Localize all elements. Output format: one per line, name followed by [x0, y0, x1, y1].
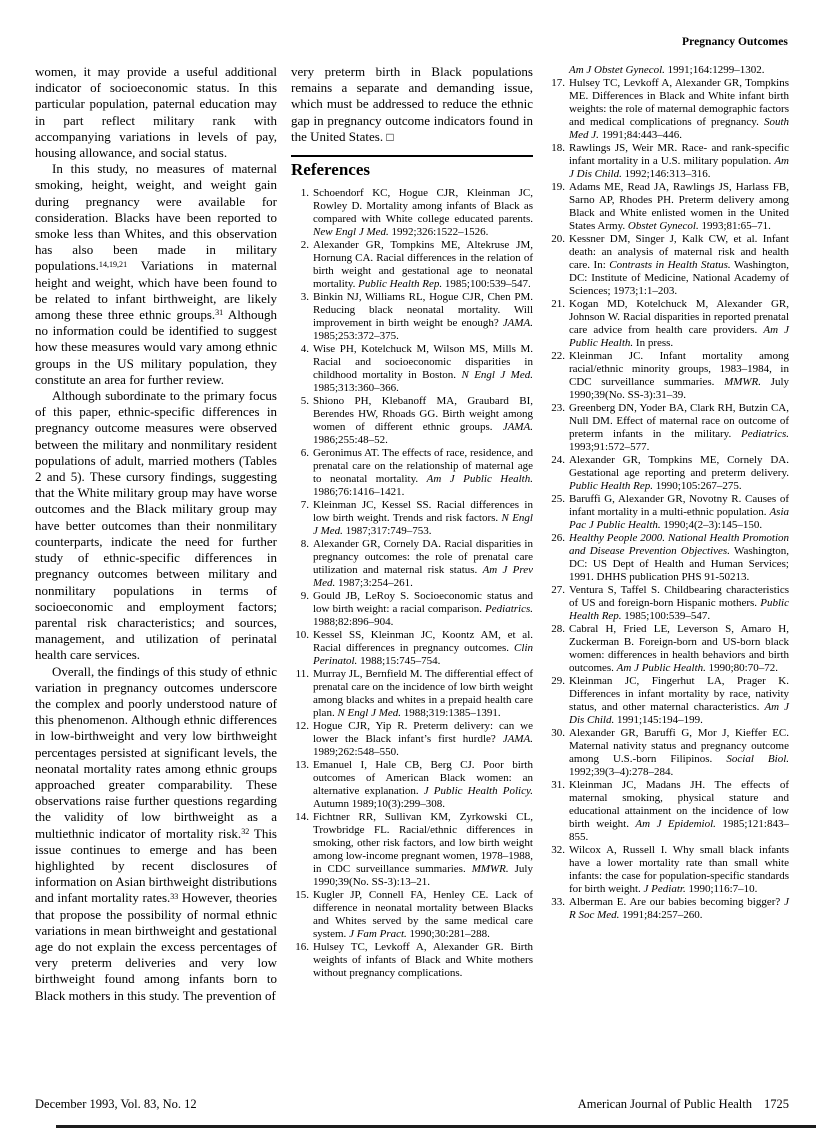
page-footer: December 1993, Vol. 83, No. 12 American … — [35, 1097, 789, 1112]
reference-text: Kleinman JC, Fingerhut LA, Prager K. Dif… — [569, 675, 789, 727]
text-run: 1993;91:572–577. — [569, 441, 649, 453]
reference-item: 10.Kessel SS, Kleinman JC, Koontz AM, et… — [291, 629, 533, 668]
text-run: Kessel SS, Kleinman JC, Koontz AM, et al… — [313, 629, 533, 654]
reference-item: 24.Alexander GR, Tompkins ME, Cornely DA… — [547, 454, 789, 493]
reference-number: 23. — [547, 402, 569, 454]
reference-item: Am J Obstet Gynecol. 1991;164:1299–1302. — [547, 64, 789, 77]
text-run: 1989;262:548–550. — [313, 746, 399, 758]
body-paragraph: In this study, no measures of maternal s… — [35, 161, 277, 388]
journal-name-italic: Pediatrics. — [485, 603, 533, 615]
text-run: 1993;81:65–71. — [699, 220, 771, 232]
reference-item: 22.Kleinman JC. Infant mortality among r… — [547, 350, 789, 402]
text-run: 1992;146:313–316. — [622, 168, 711, 180]
reference-item: 11.Murray JL, Bernfield M. The different… — [291, 668, 533, 720]
footer-page-number: 1725 — [764, 1097, 789, 1111]
text-run: 1985;100:539–547. — [442, 278, 531, 290]
text-run: 1985;313:360–366. — [313, 382, 399, 394]
reference-number: 13. — [291, 759, 313, 811]
text-run: Binkin NJ, Williams RL, Hogue CJR, Chen … — [313, 291, 533, 329]
reference-number: 4. — [291, 343, 313, 395]
text-run: Alberman E. Are our babies becoming bigg… — [569, 896, 784, 908]
reference-text: Alexander GR, Tompkins ME, Altekruse JM,… — [313, 239, 533, 291]
reference-number: 9. — [291, 590, 313, 629]
text-run: Overall, the findings of this study of e… — [35, 664, 277, 841]
reference-item: 33.Alberman E. Are our babies becoming b… — [547, 896, 789, 922]
reference-item: 21.Kogan MD, Kotelchuck M, Alexander GR,… — [547, 298, 789, 350]
reference-number: 2. — [291, 239, 313, 291]
text-run: 1992;39(3–4):278–284. — [569, 766, 673, 778]
journal-name-italic: JAMA. — [503, 421, 533, 433]
reference-text: Kessel SS, Kleinman JC, Koontz AM, et al… — [313, 629, 533, 668]
text-run: 1991;145:194–199. — [614, 714, 703, 726]
journal-name-italic: Am J Public Health. — [427, 473, 533, 485]
reference-item: 20.Kessner DM, Singer J, Kalk CW, et al.… — [547, 233, 789, 298]
reference-item: 6.Geronimus AT. The effects of race, res… — [291, 447, 533, 499]
reference-item: 28.Cabral H, Fried LE, Leverson S, Amaro… — [547, 623, 789, 675]
text-run: 1988;319:1385–1391. — [401, 707, 501, 719]
text-run: 1990;30:281–288. — [407, 928, 490, 940]
reference-text: Kleinman JC, Madans JH. The effects of m… — [569, 779, 789, 844]
journal-name-italic: Am J Public Health. — [617, 662, 706, 674]
reference-text: Hogue CJR, Yip R. Preterm delivery: can … — [313, 720, 533, 759]
reference-text: Schoendorf KC, Hogue CJR, Kleinman JC, R… — [313, 187, 533, 239]
reference-number: 10. — [291, 629, 313, 668]
reference-item: 32.Wilcox A, Russell I. Why small black … — [547, 844, 789, 896]
reference-item: 25.Baruffi G, Alexander GR, Novotny R. C… — [547, 493, 789, 532]
reference-number: 11. — [291, 668, 313, 720]
body-paragraph: very preterm birth in Black populations … — [291, 64, 533, 145]
text-run: Shiono PH, Klebanoff MA, Graubard BI, Be… — [313, 395, 533, 433]
body-paragraph: Although subordinate to the primary focu… — [35, 388, 277, 663]
reference-text: Baruffi G, Alexander GR, Novotny R. Caus… — [569, 493, 789, 532]
journal-name-italic: Social Biol. — [726, 753, 789, 765]
reference-number: 6. — [291, 447, 313, 499]
reference-text: Ventura S, Taffel S. Childbearing charac… — [569, 584, 789, 623]
text-run: Kleinman JC, Kessel SS. Racial differenc… — [313, 499, 533, 524]
citation-superscript: 31 — [215, 308, 223, 317]
text-run: 1990;80:70–72. — [706, 662, 778, 674]
reference-text: Emanuel I, Hale CB, Berg CJ. Poor birth … — [313, 759, 533, 811]
text-run: Alexander GR, Tompkins ME, Cornely DA. G… — [569, 454, 789, 479]
reference-text: Wise PH, Kotelchuck M, Wilson MS, Mills … — [313, 343, 533, 395]
text-run: 1991;84:443–446. — [599, 129, 682, 141]
reference-number: 7. — [291, 499, 313, 538]
reference-text: Shiono PH, Klebanoff MA, Graubard BI, Be… — [313, 395, 533, 447]
text-run: Hulsey TC, Levkoff A, Alexander GR, Tomp… — [569, 77, 789, 128]
column-1: women, it may provide a useful additiona… — [35, 64, 277, 1004]
reference-item: 17.Hulsey TC, Levkoff A, Alexander GR, T… — [547, 77, 789, 142]
reference-number: 33. — [547, 896, 569, 922]
reference-text: Kleinman JC, Kessel SS. Racial differenc… — [313, 499, 533, 538]
reference-text: Cabral H, Fried LE, Leverson S, Amaro H,… — [569, 623, 789, 675]
reference-text: Alberman E. Are our babies becoming bigg… — [569, 896, 789, 922]
text-run: Ventura S, Taffel S. Childbearing charac… — [569, 584, 789, 609]
journal-page: Pregnancy Outcomes women, it may provide… — [0, 0, 816, 1134]
text-run: 1991;84:257–260. — [619, 909, 702, 921]
journal-name-italic: J Fam Pract. — [349, 928, 407, 940]
references-divider — [291, 155, 533, 157]
reference-number: 22. — [547, 350, 569, 402]
reference-number: 24. — [547, 454, 569, 493]
reference-item: 13.Emanuel I, Hale CB, Berg CJ. Poor bir… — [291, 759, 533, 811]
reference-number: 14. — [291, 811, 313, 889]
references-heading: References — [291, 160, 533, 180]
reference-text: Rawlings JS, Weir MR. Race- and rank-spe… — [569, 142, 789, 181]
reference-item: 3.Binkin NJ, Williams RL, Hogue CJR, Che… — [291, 291, 533, 343]
journal-name-italic: N Engl J Med. — [461, 369, 533, 381]
reference-text: Kleinman JC. Infant mortality among raci… — [569, 350, 789, 402]
reference-number: 32. — [547, 844, 569, 896]
journal-name-italic: J Pediatr. — [644, 883, 686, 895]
reference-item: 23.Greenberg DN, Yoder BA, Clark RH, But… — [547, 402, 789, 454]
reference-item: 4.Wise PH, Kotelchuck M, Wilson MS, Mill… — [291, 343, 533, 395]
text-run: Baruffi G, Alexander GR, Novotny R. Caus… — [569, 493, 789, 518]
journal-name-italic: Pediatrics. — [741, 428, 789, 440]
journal-name-italic: Obstet Gynecol. — [628, 220, 699, 232]
text-run: 1990;116:7–10. — [686, 883, 758, 895]
reference-number: 25. — [547, 493, 569, 532]
journal-name-italic: JAMA. — [503, 317, 533, 329]
text-run: women, it may provide a useful additiona… — [35, 64, 277, 160]
journal-name-italic: J Public Health Policy. — [424, 785, 533, 797]
reference-text: Kessner DM, Singer J, Kalk CW, et al. In… — [569, 233, 789, 298]
content-columns: women, it may provide a useful additiona… — [35, 64, 789, 1004]
reference-item: 7.Kleinman JC, Kessel SS. Racial differe… — [291, 499, 533, 538]
running-head-title: Pregnancy Outcomes — [682, 36, 788, 48]
reference-item: 12.Hogue CJR, Yip R. Preterm delivery: c… — [291, 720, 533, 759]
text-run: 1987;317:749–753. — [343, 525, 432, 537]
reference-number: 21. — [547, 298, 569, 350]
text-run: 1985;253:372–375. — [313, 330, 399, 342]
journal-name-italic: JAMA. — [503, 733, 533, 745]
body-paragraph: Overall, the findings of this study of e… — [35, 664, 277, 1004]
reference-item: 15.Kugler JP, Connell FA, Henley CE. Lac… — [291, 889, 533, 941]
journal-name-italic: New Engl J Med. — [313, 226, 389, 238]
text-run: Autumn 1989;10(3):299–308. — [313, 798, 445, 810]
reference-item: 9.Gould JB, LeRoy S. Socioeconomic statu… — [291, 590, 533, 629]
reference-item: 18.Rawlings JS, Weir MR. Race- and rank-… — [547, 142, 789, 181]
text-run: 1988;15:745–754. — [357, 655, 440, 667]
reference-number: 30. — [547, 727, 569, 779]
reference-text: Greenberg DN, Yoder BA, Clark RH, Butzin… — [569, 402, 789, 454]
reference-number: 20. — [547, 233, 569, 298]
reference-text: Hulsey TC, Levkoff A, Alexander GR, Tomp… — [569, 77, 789, 142]
text-run: 1986;76:1416–1421. — [313, 486, 404, 498]
text-run: Schoendorf KC, Hogue CJR, Kleinman JC, R… — [313, 187, 533, 225]
reference-item: 31.Kleinman JC, Madans JH. The effects o… — [547, 779, 789, 844]
reference-item: 19.Adams ME, Read JA, Rawlings JS, Harla… — [547, 181, 789, 233]
text-run: However, theories that propose the possi… — [35, 890, 277, 1002]
reference-text: Kugler JP, Connell FA, Henley CE. Lack o… — [313, 889, 533, 941]
journal-name-italic: MMWR. — [724, 376, 761, 388]
reference-number: 5. — [291, 395, 313, 447]
column-2-paragraphs: very preterm birth in Black populations … — [291, 64, 533, 145]
journal-name-italic: Public Health Rep. — [358, 278, 442, 290]
text-run: Although subordinate to the primary focu… — [35, 388, 277, 662]
reference-text: Healthy People 2000. National Health Pro… — [569, 532, 789, 584]
reference-number: 16. — [291, 941, 313, 980]
text-run: 1990;4(2–3):145–150. — [661, 519, 762, 531]
reference-item: 29.Kleinman JC, Fingerhut LA, Prager K. … — [547, 675, 789, 727]
journal-name-italic: MMWR. — [472, 863, 509, 875]
footer-issue-info: December 1993, Vol. 83, No. 12 — [35, 1097, 197, 1112]
reference-text: Hulsey TC, Levkoff A, Alexander GR. Birt… — [313, 941, 533, 980]
body-paragraph: women, it may provide a useful additiona… — [35, 64, 277, 161]
footer-journal-name: American Journal of Public Health — [578, 1097, 752, 1111]
reference-item: 1.Schoendorf KC, Hogue CJR, Kleinman JC,… — [291, 187, 533, 239]
journal-name-italic: Public Health Rep. — [569, 480, 653, 492]
reference-number: 8. — [291, 538, 313, 590]
column-2: very preterm birth in Black populations … — [291, 64, 533, 1004]
column-1-paragraphs: women, it may provide a useful additiona… — [35, 64, 277, 1004]
text-run: In press. — [633, 337, 673, 349]
reference-number: 29. — [547, 675, 569, 727]
reference-text: Wilcox A, Russell I. Why small black inf… — [569, 844, 789, 896]
journal-name-italic: N Engl J Med. — [337, 707, 401, 719]
reference-text: Murray JL, Bernfield M. The differential… — [313, 668, 533, 720]
scan-artifact-line — [56, 1125, 816, 1128]
text-run: Hulsey TC, Levkoff A, Alexander GR. Birt… — [313, 941, 533, 979]
citation-superscript: 32 — [241, 827, 249, 836]
text-run: 1986;255:48–52. — [313, 434, 388, 446]
end-of-article-marker: □ — [386, 130, 393, 144]
reference-text: Binkin NJ, Williams RL, Hogue CJR, Chen … — [313, 291, 533, 343]
text-run: 1990;105:267–275. — [653, 480, 742, 492]
reference-item: 30.Alexander GR, Baruffi G, Mor J, Kieff… — [547, 727, 789, 779]
reference-item: 5.Shiono PH, Klebanoff MA, Graubard BI, … — [291, 395, 533, 447]
journal-name-italic: Am J Obstet Gynecol. — [569, 64, 665, 76]
journal-name-italic: Am J Epidemiol. — [635, 818, 715, 830]
text-run: 1992;326:1522–1526. — [389, 226, 489, 238]
reference-number: 15. — [291, 889, 313, 941]
reference-list-col3: Am J Obstet Gynecol. 1991;164:1299–1302.… — [547, 64, 789, 922]
reference-number: 28. — [547, 623, 569, 675]
reference-number: 3. — [291, 291, 313, 343]
text-run: very preterm birth in Black populations … — [291, 64, 533, 144]
reference-item: 14.Fichtner RR, Sullivan KM, Zyrkowski C… — [291, 811, 533, 889]
reference-number: 18. — [547, 142, 569, 181]
reference-text: Alexander GR, Baruffi G, Mor J, Kieffer … — [569, 727, 789, 779]
reference-number: 17. — [547, 77, 569, 142]
text-run: Kogan MD, Kotelchuck M, Alexander GR, Jo… — [569, 298, 789, 336]
reference-item: 26.Healthy People 2000. National Health … — [547, 532, 789, 584]
reference-text: Am J Obstet Gynecol. 1991;164:1299–1302. — [569, 64, 789, 77]
reference-text: Alexander GR, Tompkins ME, Cornely DA. G… — [569, 454, 789, 493]
citation-superscript: 33 — [170, 892, 178, 901]
text-run: 1991;164:1299–1302. — [665, 64, 765, 76]
reference-list-col2: 1.Schoendorf KC, Hogue CJR, Kleinman JC,… — [291, 187, 533, 980]
reference-text: Adams ME, Read JA, Rawlings JS, Harlass … — [569, 181, 789, 233]
reference-text: Geronimus AT. The effects of race, resid… — [313, 447, 533, 499]
reference-number: 12. — [291, 720, 313, 759]
reference-item: 2.Alexander GR, Tompkins ME, Altekruse J… — [291, 239, 533, 291]
footer-journal-info: American Journal of Public Health1725 — [578, 1097, 789, 1112]
reference-number: 26. — [547, 532, 569, 584]
text-run: 1987;3:254–261. — [335, 577, 413, 589]
citation-superscript: 14,19,21 — [99, 260, 127, 269]
text-run: Hogue CJR, Yip R. Preterm delivery: can … — [313, 720, 533, 745]
reference-number: 1. — [291, 187, 313, 239]
text-run: Rawlings JS, Weir MR. Race- and rank-spe… — [569, 142, 789, 167]
reference-number: 19. — [547, 181, 569, 233]
reference-number: 27. — [547, 584, 569, 623]
column-3: Am J Obstet Gynecol. 1991;164:1299–1302.… — [547, 64, 789, 1004]
reference-number: 31. — [547, 779, 569, 844]
reference-item: 16.Hulsey TC, Levkoff A, Alexander GR. B… — [291, 941, 533, 980]
text-run: 1988;82:896–904. — [313, 616, 393, 628]
reference-text: Alexander GR, Cornely DA. Racial dispari… — [313, 538, 533, 590]
reference-item: 27.Ventura S, Taffel S. Childbearing cha… — [547, 584, 789, 623]
text-run: In this study, no measures of maternal s… — [35, 161, 277, 273]
reference-text: Gould JB, LeRoy S. Socioeconomic status … — [313, 590, 533, 629]
text-run: Kleinman JC, Fingerhut LA, Prager K. Dif… — [569, 675, 789, 713]
reference-text: Kogan MD, Kotelchuck M, Alexander GR, Jo… — [569, 298, 789, 350]
reference-text: Fichtner RR, Sullivan KM, Zyrkowski CL, … — [313, 811, 533, 889]
reference-item: 8.Alexander GR, Cornely DA. Racial dispa… — [291, 538, 533, 590]
text-run: 1985;100:539–547. — [622, 610, 711, 622]
journal-name-italic: Contrasts in Health Status. — [609, 259, 730, 271]
reference-number — [547, 64, 569, 77]
